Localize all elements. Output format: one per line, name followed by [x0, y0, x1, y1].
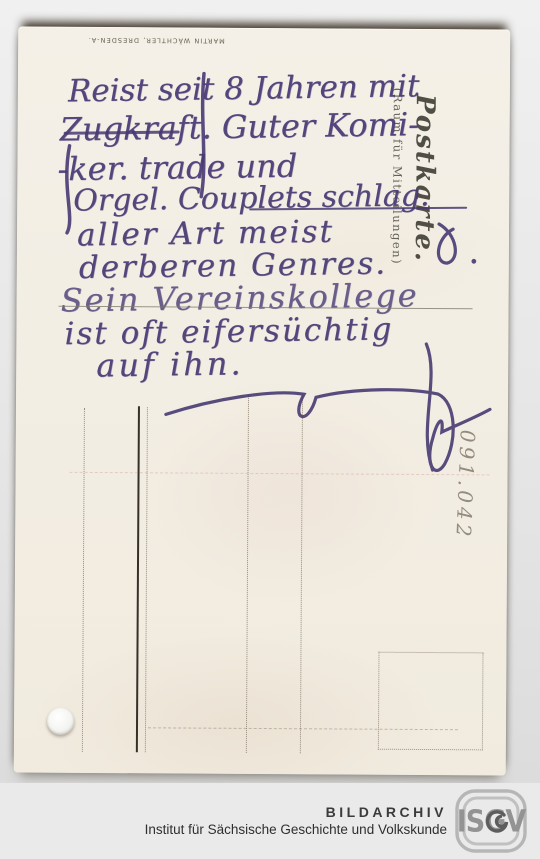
archive-footer-text: BILDARCHIV Institut für Sächsische Gesch… [145, 804, 447, 839]
form-dotted-line [246, 395, 249, 753]
form-dotted-line [82, 408, 85, 752]
archive-name: BILDARCHIV [145, 804, 447, 821]
ink-dot [471, 259, 476, 264]
form-dotted-line [300, 395, 303, 753]
logo-letters: ISGV [457, 803, 527, 839]
handwriting-line: Zugkraft. Guter Komi- [59, 105, 419, 148]
isgv-logo: ISGV [454, 788, 528, 854]
punch-hole [47, 708, 74, 735]
institute-name: Institut für Sächsische Geschichte und V… [145, 822, 447, 838]
archive-footer-bar: BILDARCHIV Institut für Sächsische Gesch… [0, 783, 540, 859]
archive-number: 091.042 [451, 429, 480, 541]
photographer-imprint: MARTIN WÄCHTLER, DRESDEN-A. [74, 36, 238, 45]
handwriting-line: Orgel. Couplets schlag. [73, 178, 430, 218]
stamp-box [378, 652, 484, 751]
postcard-back-scan: MARTIN WÄCHTLER, DRESDEN-A. Postkarte. (… [14, 27, 511, 776]
handwriting-line: Reist seit 8 Jahren mit [68, 68, 420, 109]
handwriting-line: auf ihn. [96, 344, 244, 384]
bleed-through-line [70, 472, 490, 476]
form-dotted-line [145, 407, 148, 752]
form-divider-line [136, 406, 140, 752]
